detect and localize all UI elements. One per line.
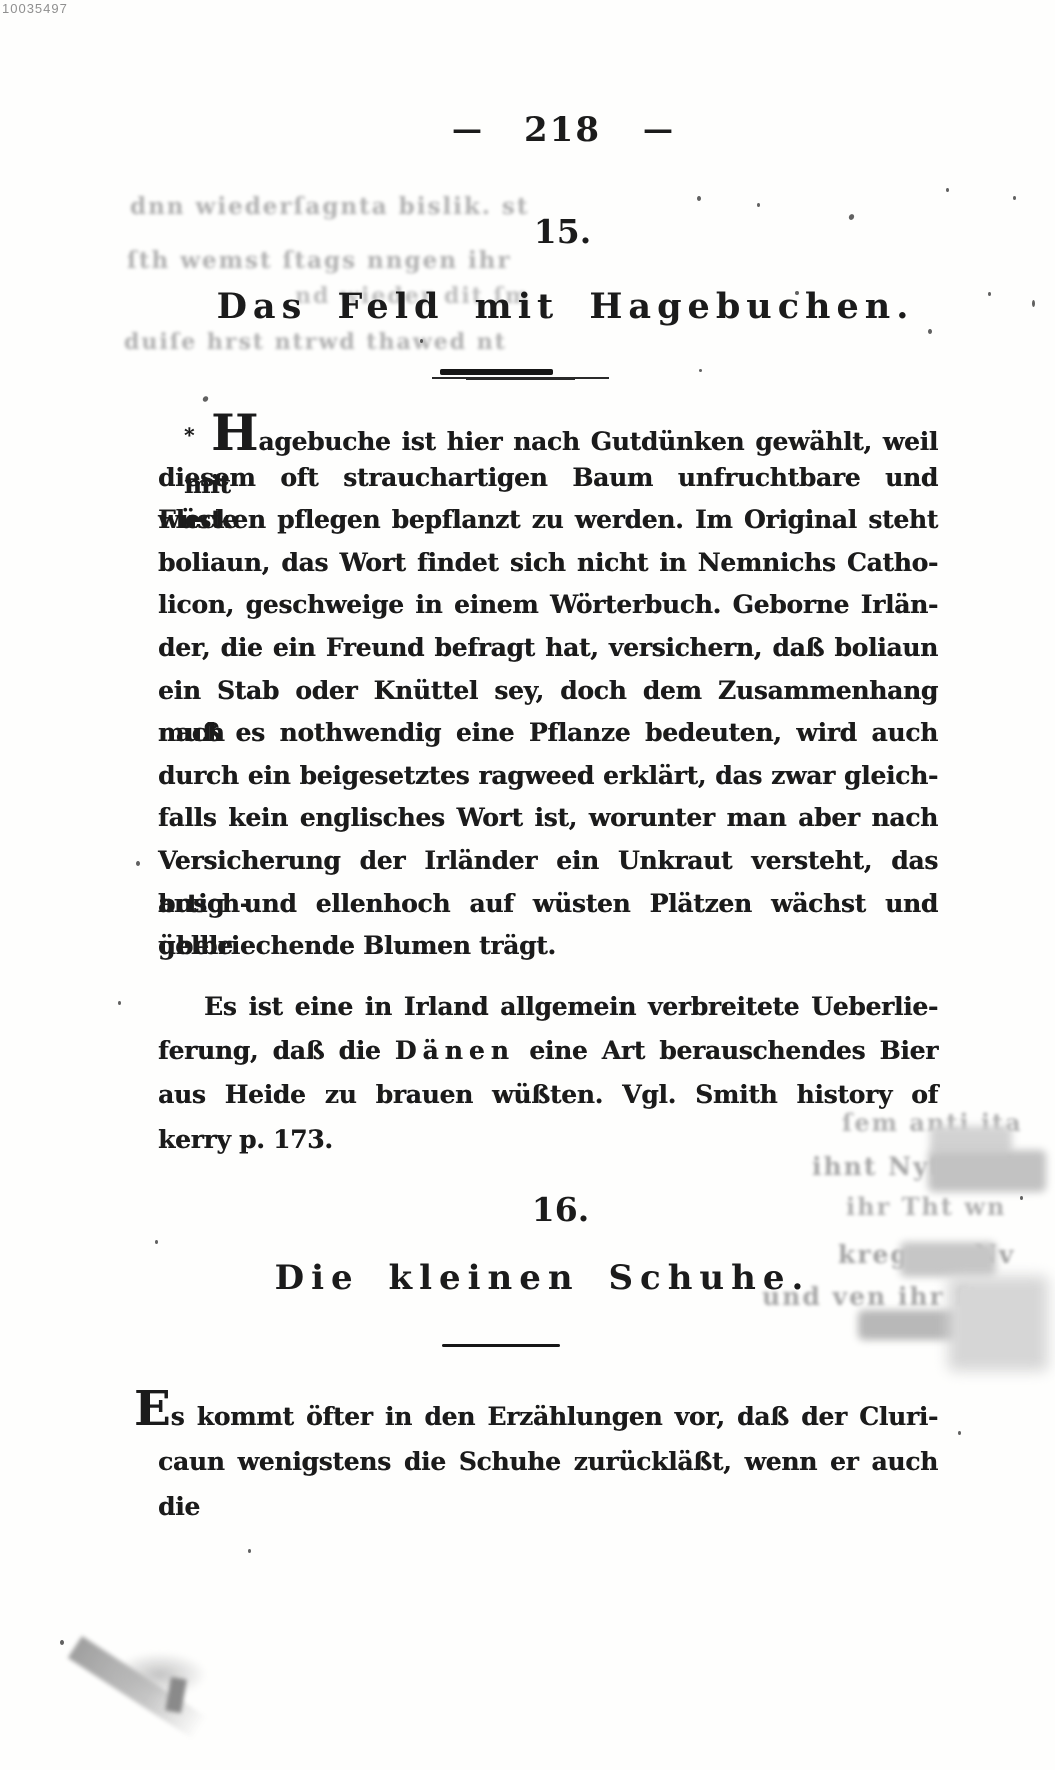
scanned-book-page: 10035497 — 218 — dnn wiederſagnta bislik… xyxy=(0,0,1055,1770)
footnote-asterisk: * xyxy=(184,423,194,447)
ink-speck xyxy=(1013,196,1016,200)
ink-speck xyxy=(155,1240,158,1244)
ink-speck xyxy=(928,329,932,334)
ink-speck xyxy=(757,203,760,207)
paragraph-line: licon, geschweige in einem Wörterbuch. G… xyxy=(158,584,938,627)
ink-speck xyxy=(1032,300,1035,307)
emphasized-word: Dänen xyxy=(395,1036,515,1065)
ink-speck xyxy=(795,291,799,295)
ink-bleed-blob xyxy=(928,1150,1046,1192)
paragraph-line: der, die ein Freund befragt hat, versich… xyxy=(158,627,938,670)
ink-bleed-blob xyxy=(858,1310,958,1340)
paragraph-line: falls kein englisches Wort ist, worunter… xyxy=(158,797,938,840)
ink-speck xyxy=(136,861,140,866)
paragraph-line: artig und ellenhoch auf wüsten Plätzen w… xyxy=(158,883,938,926)
paragraph-line: Es kommt öfter in den Erzählungen vor, d… xyxy=(158,1394,938,1439)
paragraph-line: Flecken pflegen bepflanzt zu werden. Im … xyxy=(158,499,938,542)
section-number-16: 16. xyxy=(0,1190,1055,1229)
ink-speck xyxy=(202,395,210,403)
running-head: — 218 — xyxy=(452,110,673,150)
ink-speck xyxy=(699,369,702,372)
ink-speck xyxy=(958,1431,961,1435)
paragraph-line: Es ist eine in Irland allgemein verbreit… xyxy=(158,985,938,1029)
paragraph-line: boliaun, das Wort findet sich nicht in N… xyxy=(158,542,938,585)
divider-rule-2 xyxy=(442,1344,560,1347)
ghost-text: ſth wemst ſtags nngen ihr xyxy=(127,247,512,274)
paragraph-line: übelriechende Blumen trägt. xyxy=(158,925,938,968)
line-text: s kommt öfter in den Erzählungen vor, da… xyxy=(171,1402,938,1431)
page-number: 218 xyxy=(524,110,601,150)
section-number-15: 15. xyxy=(0,212,1055,251)
paragraph-line: durch ein beigesetztes ragweed erklärt, … xyxy=(158,755,938,798)
section-title-1: Das Feld mit Hagebuchen. xyxy=(0,286,1055,327)
paragraph-line: * Hagebuche ist hier nach Gutdünken gewä… xyxy=(158,414,938,457)
paragraph-3: Es kommt öfter in den Erzählungen vor, d… xyxy=(158,1394,938,1484)
paragraph-line: muß es nothwendig eine Pflanze bedeuten,… xyxy=(158,712,938,755)
ink-speck xyxy=(60,1640,64,1645)
paragraph-line: Versicherung der Irländer ein Unkraut ve… xyxy=(158,840,938,883)
paragraph-line: diesem oft strauchartigen Baum unfruchtb… xyxy=(158,457,938,500)
line-text: ferung, daß die xyxy=(158,1036,381,1065)
ink-speck xyxy=(946,188,949,192)
scan-id: 10035497 xyxy=(2,1,68,16)
paragraph-line: aus Heide zu brauen wüßten. Vgl. Smith h… xyxy=(158,1073,938,1117)
ink-speck xyxy=(118,1001,121,1005)
ink-speck xyxy=(248,1549,251,1553)
ink-speck xyxy=(1020,1196,1023,1200)
paragraph-1: * Hagebuche ist hier nach Gutdünken gewä… xyxy=(158,414,938,968)
divider-rule-1 xyxy=(440,369,553,375)
header-left-dash: — xyxy=(452,115,482,145)
line-text: eine Art berauschendes Bier xyxy=(529,1036,938,1065)
paragraph-2: Es ist eine in Irland allgemein verbreit… xyxy=(158,985,938,1162)
section-title-2: Die kleinen Schuhe. xyxy=(0,1258,1055,1298)
ink-speck xyxy=(697,196,701,201)
header-right-dash: — xyxy=(643,115,673,145)
paragraph-line: ferung, daß die Dänen eine Art berausche… xyxy=(158,1029,938,1073)
drop-initial-E: E xyxy=(134,1381,171,1437)
paragraph-line: ein Stab oder Knüttel sey, doch dem Zusa… xyxy=(158,670,938,713)
ghost-text: duiſe hrst ntrwd thawed nt xyxy=(124,329,507,355)
ink-speck xyxy=(420,339,423,343)
drop-initial-H: H xyxy=(211,403,258,462)
paragraph-line: caun wenigstens die Schuhe zurückläßt, w… xyxy=(158,1439,938,1484)
ink-speck xyxy=(988,292,991,296)
